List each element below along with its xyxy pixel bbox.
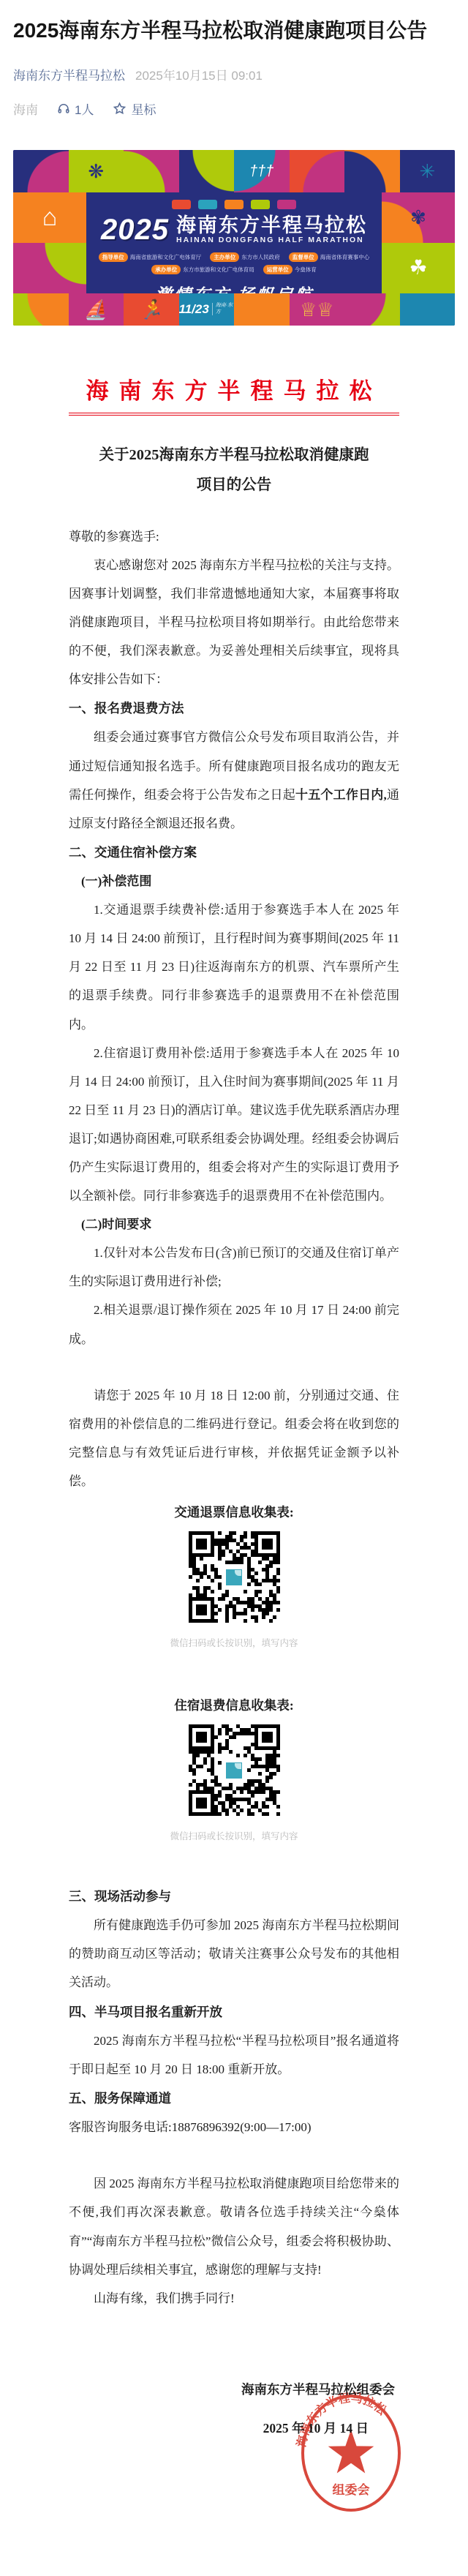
salutation: 尊敬的参赛选手: bbox=[69, 522, 399, 551]
form-app-icon bbox=[224, 1760, 244, 1781]
qr2-caption: 微信扫码或长按识别，填写内容 bbox=[69, 1829, 399, 1842]
banner-tile bbox=[124, 150, 179, 192]
banner-tile bbox=[344, 293, 400, 326]
banner-tile: ✾ bbox=[382, 192, 455, 243]
sponsor-logo bbox=[224, 200, 244, 209]
publish-date: 2025年10月15日 09:01 bbox=[135, 65, 263, 83]
organizer-item: 指导单位海南省旅游和文化广电体育厅 bbox=[99, 252, 202, 262]
banner-tile: ††† bbox=[234, 150, 290, 192]
signature-org: 海南东方半程马拉松组委会 bbox=[69, 2380, 399, 2398]
sailboat-icon: ⛵ bbox=[69, 293, 124, 326]
race-location: 海南·东方 bbox=[212, 303, 234, 315]
signature-date: 2025 年 10 月 14 日 bbox=[69, 2419, 399, 2437]
organizer-item: 监督单位海南省体育赛事中心 bbox=[289, 252, 370, 262]
qr1-caption: 微信扫码或长按识别，填写内容 bbox=[69, 1636, 399, 1649]
section2-paragraph1: 1.交通退票手续费补偿:适用于参赛选手本人在 2025 年 10 月 14 日 … bbox=[69, 895, 399, 1038]
transport-refund-qr-code[interactable] bbox=[189, 1531, 280, 1623]
section4-paragraph: 2025 海南东方半程马拉松“半程马拉松项目”报名通道将于即日起至 10 月 2… bbox=[69, 2027, 399, 2084]
section1-heading: 一、报名费退费方法 bbox=[69, 694, 399, 723]
banner-right-strip: ✾ ☘ bbox=[382, 192, 455, 293]
banner-title-row: 2025 海南东方半程马拉松 HAINAN DONGFANG HALF MARA… bbox=[86, 214, 382, 247]
star-button[interactable]: 星标 bbox=[113, 99, 156, 118]
section3-paragraph: 所有健康跑选手仍可参加 2025 海南东方半程马拉松期间的赞助商互动区等活动；敬… bbox=[69, 1911, 399, 1997]
qr2-label: 住宿退费信息收集表: bbox=[69, 1696, 399, 1714]
hotel-refund-qr-code[interactable] bbox=[189, 1724, 280, 1816]
sponsor-logo bbox=[277, 200, 296, 209]
star-label: 星标 bbox=[131, 99, 156, 118]
banner-tile bbox=[400, 293, 456, 326]
palm-tree-icon: ☘ bbox=[382, 243, 455, 293]
location-label: 海南 bbox=[13, 99, 38, 118]
banner-title-cn: 海南东方半程马拉松 bbox=[176, 215, 367, 236]
banner-tile bbox=[234, 293, 290, 326]
banner-middle: ⌂ 2025 海南东方半程马拉松 HAINAN DONGFANG HALF MA… bbox=[13, 192, 455, 293]
sponsor-logos-row bbox=[86, 200, 382, 209]
form-app-icon bbox=[224, 1567, 244, 1588]
lighthouse-icon: ⌂ bbox=[13, 192, 86, 243]
banner-tile bbox=[290, 150, 345, 192]
star-icon bbox=[113, 102, 127, 116]
wind-turbine-icon: ††† bbox=[249, 164, 273, 179]
document-letterhead: 海南东方半程马拉松 bbox=[69, 372, 399, 416]
article-meta-row: 海南东方半程马拉松 2025年10月15日 09:01 bbox=[13, 65, 455, 83]
runner-icon: 🏃 bbox=[124, 293, 179, 326]
race-date-tile: 11/23海南·东方 bbox=[179, 293, 235, 326]
ethnic-pattern-icon: ✾ bbox=[410, 208, 426, 227]
announcement-document: 海南东方半程马拉松 关于2025海南东方半程马拉松取消健康跑 项目的公告 尊敬的… bbox=[69, 372, 399, 2556]
banner-year: 2025 bbox=[101, 214, 169, 247]
banner-tile: ✳ bbox=[400, 150, 456, 192]
banner-title-en: HAINAN DONGFANG HALF MARATHON bbox=[176, 236, 367, 244]
ethnic-pattern-icon: ✳ bbox=[419, 162, 435, 181]
headphones-icon bbox=[57, 102, 70, 115]
spacer bbox=[69, 1353, 399, 1381]
race-date: 11/23 bbox=[179, 302, 209, 317]
banner-top-strip: ❋ ††† ✳ bbox=[13, 150, 455, 192]
sponsor-logo bbox=[198, 200, 217, 209]
article-meta-row2: 海南 1人 星标 bbox=[13, 99, 455, 118]
event-banner[interactable]: ❋ ††† ✳ ⌂ 2025 bbox=[13, 150, 455, 326]
section5-heading: 五、服务保障通道 bbox=[69, 2084, 399, 2113]
banner-center-panel: 2025 海南东方半程马拉松 HAINAN DONGFANG HALF MARA… bbox=[86, 192, 382, 293]
organizer-item: 运营单位今燊体育 bbox=[263, 265, 317, 274]
sponsor-logo bbox=[172, 200, 191, 209]
section1-paragraph: 组委会通过赛事官方微信公众号发布项目取消公告，并通过短信通知报名选手。所有健康跑… bbox=[69, 723, 399, 837]
banner-bottom-strip: ⛵ 🏃 11/23海南·东方 ♕♕ bbox=[13, 293, 455, 326]
signature-block: 海南东方半程马拉松 组委会 海南东方半程马拉松组委会 2025 年 10 月 1… bbox=[69, 2380, 399, 2556]
banner-tile bbox=[344, 150, 400, 192]
closing-paragraph1: 因 2025 海南东方半程马拉松取消健康跑项目给您带来的不便,我们再次深表歉意。… bbox=[69, 2169, 399, 2283]
account-link[interactable]: 海南东方半程马拉松 bbox=[13, 65, 125, 83]
sponsor-logo bbox=[251, 200, 270, 209]
ethnic-figures-icon: ♕♕ bbox=[290, 293, 345, 326]
organizer-item: 主办单位东方市人民政府 bbox=[210, 252, 280, 262]
section4-heading: 四、半马项目报名重新开放 bbox=[69, 1997, 399, 2027]
section2-sub1: (一)补偿范围 bbox=[69, 867, 399, 895]
article-page: 2025海南东方半程马拉松取消健康跑项目公告 海南东方半程马拉松 2025年10… bbox=[0, 0, 468, 2576]
organizer-item: 承办单位东方市旅游和文化广电体育局 bbox=[151, 265, 254, 274]
section2-paragraph3: 1.仅针对本公告发布日(含)前已预订的交通及住宿订单产生的实际退订费用进行补偿; bbox=[69, 1239, 399, 1296]
qr1-label: 交通退票信息收集表: bbox=[69, 1503, 399, 1521]
spacer bbox=[69, 1842, 399, 1882]
page-title: 2025海南东方半程马拉松取消健康跑项目公告 bbox=[13, 16, 455, 46]
banner-organizers: 指导单位海南省旅游和文化广电体育厅 主办单位东方市人民政府 监督单位海南省体育赛… bbox=[86, 252, 382, 274]
banner-tile bbox=[13, 150, 69, 192]
official-seal: 海南东方半程马拉松 组委会 bbox=[292, 2387, 409, 2516]
section2-heading: 二、交通住宿补偿方案 bbox=[69, 838, 399, 867]
intro-paragraph: 衷心感谢您对 2025 海南东方半程马拉松的关注与支持。因赛事计划调整，我们非常… bbox=[69, 551, 399, 694]
seal-bottom-text: 组委会 bbox=[333, 2482, 370, 2497]
section2-paragraph4: 2.相关退票/退订操作须在 2025 年 10 月 17 日 24:00 前完成… bbox=[69, 1296, 399, 1353]
spacer bbox=[69, 2141, 399, 2169]
hotline-paragraph: 客服咨询服务电话:18876896392(9:00—17:00) bbox=[69, 2113, 399, 2141]
document-title: 关于2025海南东方半程马拉松取消健康跑 项目的公告 bbox=[69, 440, 399, 500]
section2-paragraph2: 2.住宿退订费用补偿:适用于参赛选手本人在 2025 年 10 月 14 日 2… bbox=[69, 1039, 399, 1211]
ethnic-pattern-icon: ❋ bbox=[88, 162, 104, 181]
banner-tile bbox=[13, 293, 69, 326]
banner-tile: ❋ bbox=[69, 150, 124, 192]
banner-left-strip: ⌂ bbox=[13, 192, 86, 293]
spacer bbox=[69, 1649, 399, 1689]
banner-tile bbox=[13, 243, 86, 293]
closing-paragraph2: 山海有缘，我们携手同行! bbox=[69, 2284, 399, 2313]
banner-tile bbox=[179, 150, 235, 192]
listen-button[interactable]: 1人 bbox=[57, 99, 94, 118]
section3-heading: 三、现场活动参与 bbox=[69, 1882, 399, 1911]
listen-count: 1人 bbox=[75, 99, 94, 118]
section2-sub2: (二)时间要求 bbox=[69, 1210, 399, 1239]
register-paragraph: 请您于 2025 年 10 月 18 日 12:00 前，分别通过交通、住宿费用… bbox=[69, 1381, 399, 1495]
